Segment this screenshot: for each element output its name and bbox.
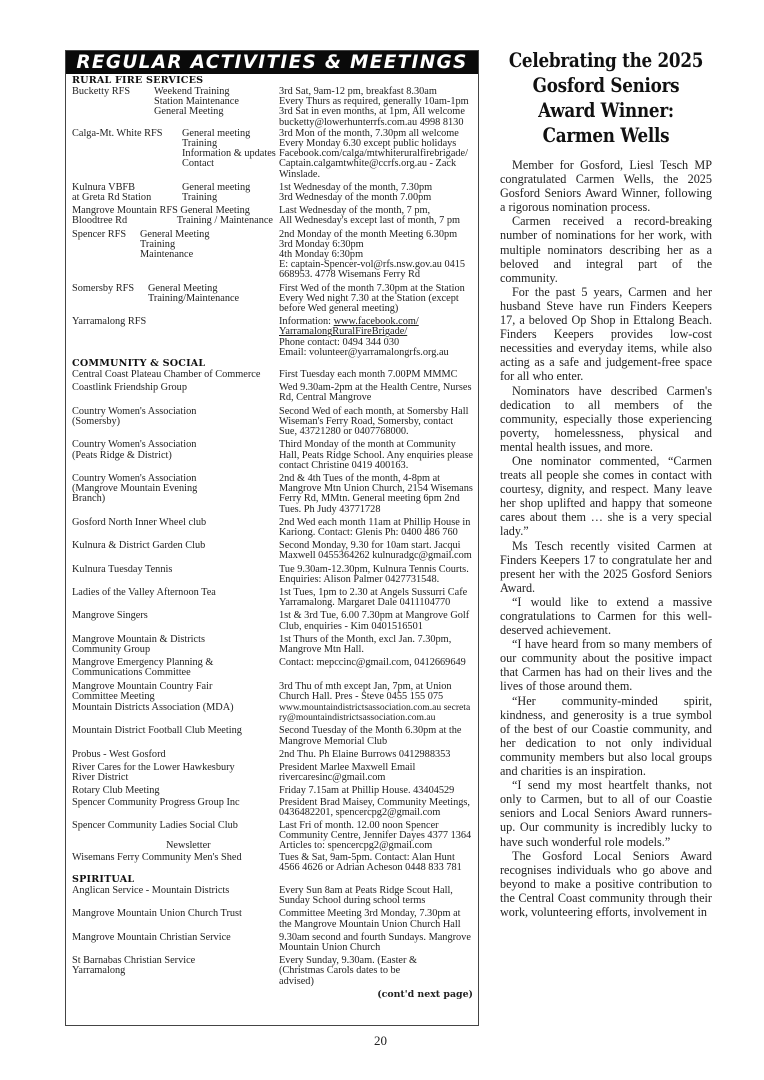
community-item: Country Women's Association (Somersby)Se…	[72, 407, 473, 438]
item-name: Mangrove Emergency Planning & Communicat…	[72, 658, 279, 678]
item-name: Wisemans Ferry Community Men's Shed	[72, 853, 279, 873]
community-item: Mountain District Football Club MeetingS…	[72, 726, 473, 746]
article-paragraph: The Gosford Local Seniors Award recognis…	[500, 849, 712, 919]
entry-name: Kulnura VBFB at Greta Rd Station	[72, 183, 182, 203]
item-detail: Committee Meeting 3rd Monday, 7.30pm at …	[279, 909, 473, 929]
item-name: Mountain District Football Club Meeting	[72, 726, 279, 746]
item-name: Mangrove Singers	[72, 611, 279, 631]
community-item: Probus - West Gosford2nd Thu. Ph Elaine …	[72, 750, 473, 760]
article-paragraph: One nominator commented, “Carmen treats …	[500, 454, 712, 539]
item-name: Mangrove Mountain Union Church Trust	[72, 909, 279, 929]
community-item: Mountain Districts Association (MDA)www.…	[72, 703, 473, 723]
detail: Winslade.	[279, 170, 473, 180]
entry-details: Last Wednesday of the month, 7 pm, All W…	[279, 206, 473, 226]
item-detail: 1st & 3rd Tue, 6.00 7.30pm at Mangrove G…	[279, 611, 473, 631]
item-detail: Third Monday of the month at Community H…	[279, 440, 473, 471]
detail: 668953. 4778 Wisemans Ferry Rd	[279, 270, 473, 280]
article-paragraph: “I would like to extend a massive congra…	[500, 595, 712, 637]
entry-details: 1st Wednesday of the month, 7.30pm 3rd W…	[279, 183, 473, 203]
label: General Meeting	[154, 107, 279, 117]
item-detail: 3rd Thu of mth except Jan, 7pm, at Union…	[279, 682, 473, 702]
community-item: Wisemans Ferry Community Men's ShedTues …	[72, 853, 473, 873]
community-item: Mangrove Mountain & Districts Community …	[72, 635, 473, 655]
item-detail: 9.30am second and fourth Sundays. Mangro…	[279, 933, 473, 953]
label: Training/Maintenance	[148, 294, 279, 304]
rfs-entry-mangrove-mountain: Mangrove Mountain RFS General Meeting Bl…	[72, 206, 473, 226]
email-contact: Email: volunteer@yarramalongrfs.org.au	[279, 348, 473, 358]
rfs-entry-calga: Calga-Mt. White RFS General meeting Trai…	[72, 129, 473, 180]
community-item: Coastlink Friendship GroupWed 9.30am-2pm…	[72, 383, 473, 403]
item-detail: 2nd Wed each month 11am at Phillip House…	[279, 518, 473, 538]
item-detail: 2nd & 4th Tues of the month, 4-8pm at Ma…	[279, 474, 473, 515]
activities-list: RURAL FIRE SERVICES Bucketty RFS Weekend…	[66, 75, 478, 1000]
entry-name: Yarramalong RFS	[72, 317, 279, 358]
item-detail: President Brad Maisey, Community Meeting…	[279, 798, 473, 818]
detail: All Wednesday's except last of month, 7 …	[279, 216, 473, 226]
item-detail: Every Sun 8am at Peats Ridge Scout Hall,…	[279, 886, 473, 906]
item-name: Country Women's Association (Peats Ridge…	[72, 440, 279, 471]
entry-labels: Weekend Training Station Maintenance Gen…	[154, 87, 279, 128]
label: Training / Maintenance	[177, 216, 273, 226]
item-detail: Contact: mepccinc@gmail.com, 0412669649	[279, 658, 473, 678]
item-name: Anglican Service - Mountain Districts	[72, 886, 279, 906]
entry-name: Bucketty RFS	[72, 87, 154, 128]
entry-details: 3rd Sat, 9am-12 pm, breakfast 8.30am Eve…	[279, 87, 473, 128]
rfs-entry-spencer: Spencer RFS General Meeting Training Mai…	[72, 230, 473, 281]
item-detail: 1st Tues, 1pm to 2.30 at Angels Sussurri…	[279, 588, 473, 608]
entry-labels: General meeting Training Information & u…	[182, 129, 279, 180]
community-item: Kulnura & District Garden ClubSecond Mon…	[72, 541, 473, 561]
community-item: River Cares for the Lower Hawkesbury Riv…	[72, 763, 473, 783]
rfs-entry-yarramalong: Yarramalong RFS Information: www.faceboo…	[72, 317, 473, 358]
article-paragraph: “Her community-minded spirit, kindness, …	[500, 694, 712, 779]
entry-details: Information: www.facebook.com/ Yarramalo…	[279, 317, 473, 358]
item-name: Country Women's Association (Mangrove Mo…	[72, 474, 279, 515]
label: Training	[182, 193, 279, 203]
rfs-entry-somersby: Somersby RFS General Meeting Training/Ma…	[72, 284, 473, 315]
detail: bucketty@lowerhunterrfs.com.au 4998 8130	[279, 118, 473, 128]
article-paragraph: Ms Tesch recently visited Carmen at Find…	[500, 539, 712, 595]
item-detail: First Tuesday each month 7.00PM MMMC	[279, 370, 473, 380]
section-heading-rural-fire: RURAL FIRE SERVICES	[72, 75, 473, 86]
page-number: 20	[374, 1033, 387, 1049]
article: Celebrating the 2025 Gosford Seniors Awa…	[500, 48, 712, 919]
community-item: Mangrove Mountain Country Fair Committee…	[72, 682, 473, 702]
entry-labels: General Meeting Training/Maintenance	[148, 284, 279, 315]
article-paragraph: For the past 5 years, Carmen and her hus…	[500, 285, 712, 384]
section-heading-spiritual: SPIRITUAL	[72, 874, 473, 885]
item-detail: 1st Thurs of the Month, excl Jan. 7.30pm…	[279, 635, 473, 655]
name-line: Bloodtree Rd	[72, 216, 127, 226]
community-item: Mangrove Emergency Planning & Communicat…	[72, 658, 473, 678]
item-name: Gosford North Inner Wheel club	[72, 518, 279, 538]
spiritual-item: Anglican Service - Mountain DistrictsEve…	[72, 886, 473, 906]
article-paragraph: “I send my most heartfelt thanks, not on…	[500, 778, 712, 848]
entry-name: Mangrove Mountain RFS General Meeting Bl…	[72, 206, 279, 226]
item-name: River Cares for the Lower Hawkesbury Riv…	[72, 763, 279, 783]
item-detail: Tues & Sat, 9am-5pm. Contact: Alan Hunt …	[279, 853, 473, 873]
rfs-entry-kulnura: Kulnura VBFB at Greta Rd Station General…	[72, 183, 473, 203]
article-headline: Celebrating the 2025 Gosford Seniors Awa…	[503, 48, 709, 148]
section-heading-community: COMMUNITY & SOCIAL	[72, 358, 473, 369]
item-detail: Last Fri of month. 12.00 noon Spencer Co…	[279, 821, 473, 841]
name-line: at Greta Rd Station	[72, 193, 182, 203]
item-name: Central Coast Plateau Chamber of Commerc…	[72, 370, 279, 380]
community-item: Country Women's Association (Mangrove Mo…	[72, 474, 473, 515]
item-name: Probus - West Gosford	[72, 750, 279, 760]
item-name: Coastlink Friendship Group	[72, 383, 279, 403]
community-item: Spencer Community Progress Group IncPres…	[72, 798, 473, 818]
item-detail: Second Tuesday of the Month 6.30pm at th…	[279, 726, 473, 746]
item-name: Newsletter	[72, 841, 279, 851]
article-paragraph: Carmen received a record-breaking number…	[500, 214, 712, 284]
banner-title: REGULAR ACTIVITIES & MEETINGS	[66, 51, 478, 74]
entry-name: Calga-Mt. White RFS	[72, 129, 182, 180]
label: Contact	[182, 159, 279, 169]
item-detail: Second Monday, 9.30 for 10am start. Jacq…	[279, 541, 473, 561]
community-item: Country Women's Association (Peats Ridge…	[72, 440, 473, 471]
community-item: Central Coast Plateau Chamber of Commerc…	[72, 370, 473, 380]
item-detail: Every Sunday, 9.30am. (Easter & (Christm…	[279, 956, 473, 987]
regular-activities-box: REGULAR ACTIVITIES & MEETINGS RURAL FIRE…	[65, 50, 479, 1026]
article-paragraph: “I have heard from so many members of ou…	[500, 637, 712, 693]
item-name: Ladies of the Valley Afternoon Tea	[72, 588, 279, 608]
item-detail: 2nd Thu. Ph Elaine Burrows 0412988353	[279, 750, 473, 760]
item-name: Rotary Club Meeting	[72, 786, 279, 796]
detail: before Wed general meeting)	[279, 304, 473, 314]
community-item: Rotary Club MeetingFriday 7.15am at Phil…	[72, 786, 473, 796]
item-name: St Barnabas Christian Service Yarramalon…	[72, 956, 279, 987]
entry-name: Spencer RFS	[72, 230, 140, 281]
entry-details: 2nd Monday of the month Meeting 6.30pm 3…	[279, 230, 473, 281]
item-name: Spencer Community Ladies Social Club	[72, 821, 279, 841]
community-item: Kulnura Tuesday TennisTue 9.30am-12.30pm…	[72, 565, 473, 585]
item-name: Mountain Districts Association (MDA)	[72, 703, 279, 723]
entry-details: First Wed of the month 7.30pm at the Sta…	[279, 284, 473, 315]
detail: 3rd Wednesday of the month 7.00pm	[279, 193, 473, 203]
item-detail: Second Wed of each month, at Somersby Ha…	[279, 407, 473, 438]
item-name: Country Women's Association (Somersby)	[72, 407, 279, 438]
community-item: Spencer Community Ladies Social ClubLast…	[72, 821, 473, 841]
item-name: Kulnura Tuesday Tennis	[72, 565, 279, 585]
community-item: Ladies of the Valley Afternoon Tea1st Tu…	[72, 588, 473, 608]
spiritual-item: Mangrove Mountain Union Church TrustComm…	[72, 909, 473, 929]
article-paragraph: Nominators have described Carmen's dedic…	[500, 384, 712, 454]
item-name: Kulnura & District Garden Club	[72, 541, 279, 561]
item-name: Mangrove Mountain Country Fair Committee…	[72, 682, 279, 702]
spiritual-item: St Barnabas Christian Service Yarramalon…	[72, 956, 473, 987]
continued-note: (cont'd next page)	[72, 990, 473, 1000]
entry-name: Somersby RFS	[72, 284, 148, 315]
item-detail: Wed 9.30am-2pm at the Health Centre, Nur…	[279, 383, 473, 403]
entry-labels: General Meeting Training Maintenance	[140, 230, 279, 281]
item-detail: Friday 7.15am at Phillip House. 43404529	[279, 786, 473, 796]
community-item: Mangrove Singers1st & 3rd Tue, 6.00 7.30…	[72, 611, 473, 631]
community-item: Gosford North Inner Wheel club2nd Wed ea…	[72, 518, 473, 538]
label: Maintenance	[140, 250, 279, 260]
item-detail: Articles to: spencercpg2@gmail.com	[279, 841, 473, 851]
entry-labels: General meeting Training	[182, 183, 279, 203]
community-item-newsletter: NewsletterArticles to: spencercpg2@gmail…	[72, 841, 473, 851]
item-name: Spencer Community Progress Group Inc	[72, 798, 279, 818]
item-detail: www.mountaindistrictsassociation.com.au …	[279, 703, 473, 723]
item-detail: President Marlee Maxwell Email rivercare…	[279, 763, 473, 783]
item-detail: Tue 9.30am-12.30pm, Kulnura Tennis Court…	[279, 565, 473, 585]
entry-details: 3rd Mon of the month, 7.30pm all welcome…	[279, 129, 473, 180]
item-name: Mangrove Mountain Christian Service	[72, 933, 279, 953]
item-name: Mangrove Mountain & Districts Community …	[72, 635, 279, 655]
rfs-entry-bucketty: Bucketty RFS Weekend Training Station Ma…	[72, 87, 473, 128]
article-paragraph: Member for Gosford, Liesl Tesch MP congr…	[500, 158, 712, 214]
spiritual-item: Mangrove Mountain Christian Service9.30a…	[72, 933, 473, 953]
